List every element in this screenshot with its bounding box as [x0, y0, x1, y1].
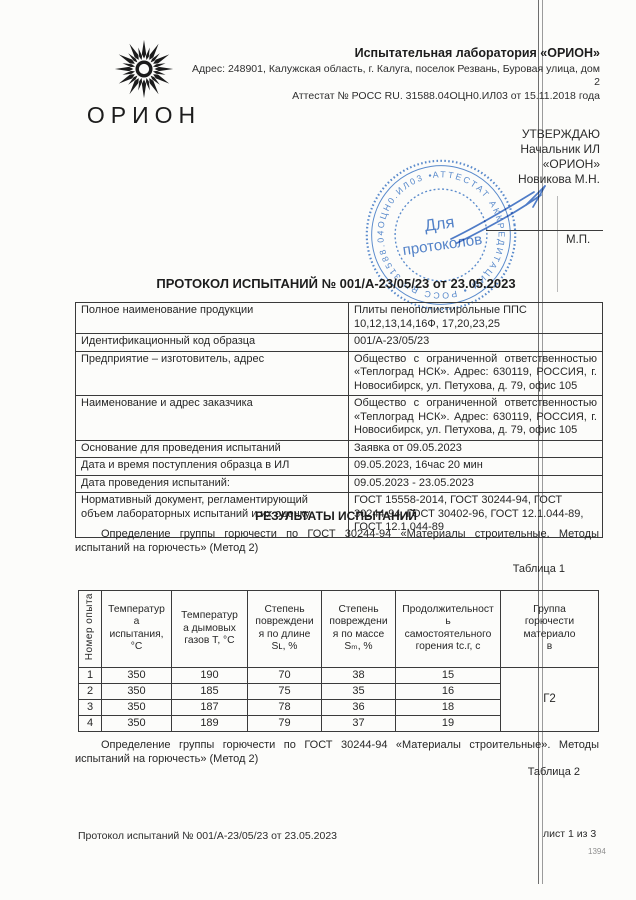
col-header-burning-duration: Продолжительност ь самостоятельного горе… — [396, 591, 501, 668]
table-row: Идентификационный код образца 001/А-23/0… — [76, 334, 603, 352]
cell: 350 — [102, 667, 172, 683]
footer-sheet-number: лист 1 из 3 — [543, 828, 596, 840]
lab-name: Испытательная лаборатория «ОРИОН» — [150, 46, 600, 61]
info-label: Предприятие – изготовитель, адрес — [76, 351, 349, 396]
col-header-test-temperature: Температур а испытания, °С — [102, 591, 172, 668]
seal-place-label: М.П. — [566, 234, 590, 246]
info-value: Заявка от 09.05.2023 — [349, 440, 603, 458]
cell: 37 — [322, 715, 396, 731]
table-row: Полное наименование продукции Плиты пено… — [76, 303, 603, 334]
info-value: Общество с ограниченной ответственностью… — [349, 396, 603, 441]
table-row: Дата и время поступления образца в ИЛ 09… — [76, 458, 603, 476]
info-label: Наименование и адрес заказчика — [76, 396, 349, 441]
protocol-title: ПРОТОКОЛ ИСПЫТАНИЙ № 001/А-23/05/23 от 2… — [70, 276, 602, 291]
cell: 18 — [396, 699, 501, 715]
table-row: Предприятие – изготовитель, адрес Общест… — [76, 351, 603, 396]
lab-address-line1: Адрес: 248901, Калужская область, г. Кал… — [150, 63, 600, 76]
signature-stroke — [448, 178, 552, 248]
col-header-damage-mass: Степень повреждени я по массе Sₘ, % — [322, 591, 396, 668]
cell: 187 — [172, 699, 248, 715]
info-label: Дата и время поступления образца в ИЛ — [76, 458, 349, 476]
approver-position: Начальник ИЛ — [518, 142, 600, 157]
cell: 16 — [396, 683, 501, 699]
cell: 1 — [79, 667, 102, 683]
info-value: 001/А-23/05/23 — [349, 334, 603, 352]
cell: 3 — [79, 699, 102, 715]
seal-place-line — [486, 230, 603, 231]
info-value: Общество с ограниченной ответственностью… — [349, 351, 603, 396]
table2-label: Таблица 2 — [75, 766, 580, 778]
logo-text: ОРИОН — [86, 102, 202, 129]
info-value: 09.05.2023, 16час 20 мин — [349, 458, 603, 476]
lab-address-line2: 2 — [150, 76, 600, 89]
cell: 19 — [396, 715, 501, 731]
col-header-flammability-group: Группа горючести материало в — [501, 591, 599, 668]
cell: 350 — [102, 683, 172, 699]
cell: 35 — [322, 683, 396, 699]
cell: 38 — [322, 667, 396, 683]
method-description-1: Определение группы горючести по ГОСТ 302… — [75, 527, 599, 555]
document-page: ОРИОН Испытательная лаборатория «ОРИОН» … — [0, 0, 636, 900]
cell: 2 — [79, 683, 102, 699]
cell: 78 — [248, 699, 322, 715]
cell: 15 — [396, 667, 501, 683]
cell: 189 — [172, 715, 248, 731]
lab-info-block: Испытательная лаборатория «ОРИОН» Адрес:… — [150, 46, 600, 103]
cell: 36 — [322, 699, 396, 715]
footer-print-code: 1394 — [588, 847, 606, 856]
table-row: Основание для проведения испытаний Заявк… — [76, 440, 603, 458]
cell: 350 — [102, 699, 172, 715]
table-header-row: Номер опыта Температур а испытания, °С Т… — [79, 591, 599, 668]
info-value: Плиты пенополистирольные ППС 10,12,13,14… — [349, 303, 603, 334]
footer-protocol-reference: Протокол испытаний № 001/А-23/05/23 от 2… — [78, 830, 337, 842]
info-label: Основание для проведения испытаний — [76, 440, 349, 458]
table1-label: Таблица 1 — [75, 563, 565, 575]
cell: 190 — [172, 667, 248, 683]
flammability-group-value: Г2 — [501, 667, 599, 731]
method-description-2: Определение группы горючести по ГОСТ 302… — [75, 738, 599, 766]
results-heading: РЕЗУЛЬТАТЫ ИСПЫТАНИЙ — [70, 509, 602, 523]
cell: 350 — [102, 715, 172, 731]
results-table: Номер опыта Температур а испытания, °С Т… — [78, 590, 599, 732]
info-label: Полное наименование продукции — [76, 303, 349, 334]
approver-org: «ОРИОН» — [518, 157, 600, 172]
cell: 4 — [79, 715, 102, 731]
col-header-test-number: Номер опыта — [79, 591, 102, 668]
col-header-damage-length: Степень повреждени я по длине Sʟ, % — [248, 591, 322, 668]
sample-info-table: Полное наименование продукции Плиты пено… — [75, 302, 603, 538]
info-value: 09.05.2023 - 23.05.2023 — [349, 475, 603, 493]
table-row: 1 350 190 70 38 15 Г2 — [79, 667, 599, 683]
table-row: Дата проведения испытаний: 09.05.2023 - … — [76, 475, 603, 493]
info-label: Идентификационный код образца — [76, 334, 349, 352]
cell: 185 — [172, 683, 248, 699]
info-label: Дата проведения испытаний: — [76, 475, 349, 493]
table-row: Наименование и адрес заказчика Общество … — [76, 396, 603, 441]
cell: 75 — [248, 683, 322, 699]
approval-word: УТВЕРЖДАЮ — [518, 127, 600, 142]
cell: 70 — [248, 667, 322, 683]
col-header-smoke-gas-temperature: Температур а дымовых газов Т, °С — [172, 591, 248, 668]
cell: 79 — [248, 715, 322, 731]
attestation-number: Аттестат № РОСС RU. 31588.04ОЦН0.ИЛ03 от… — [150, 90, 600, 103]
